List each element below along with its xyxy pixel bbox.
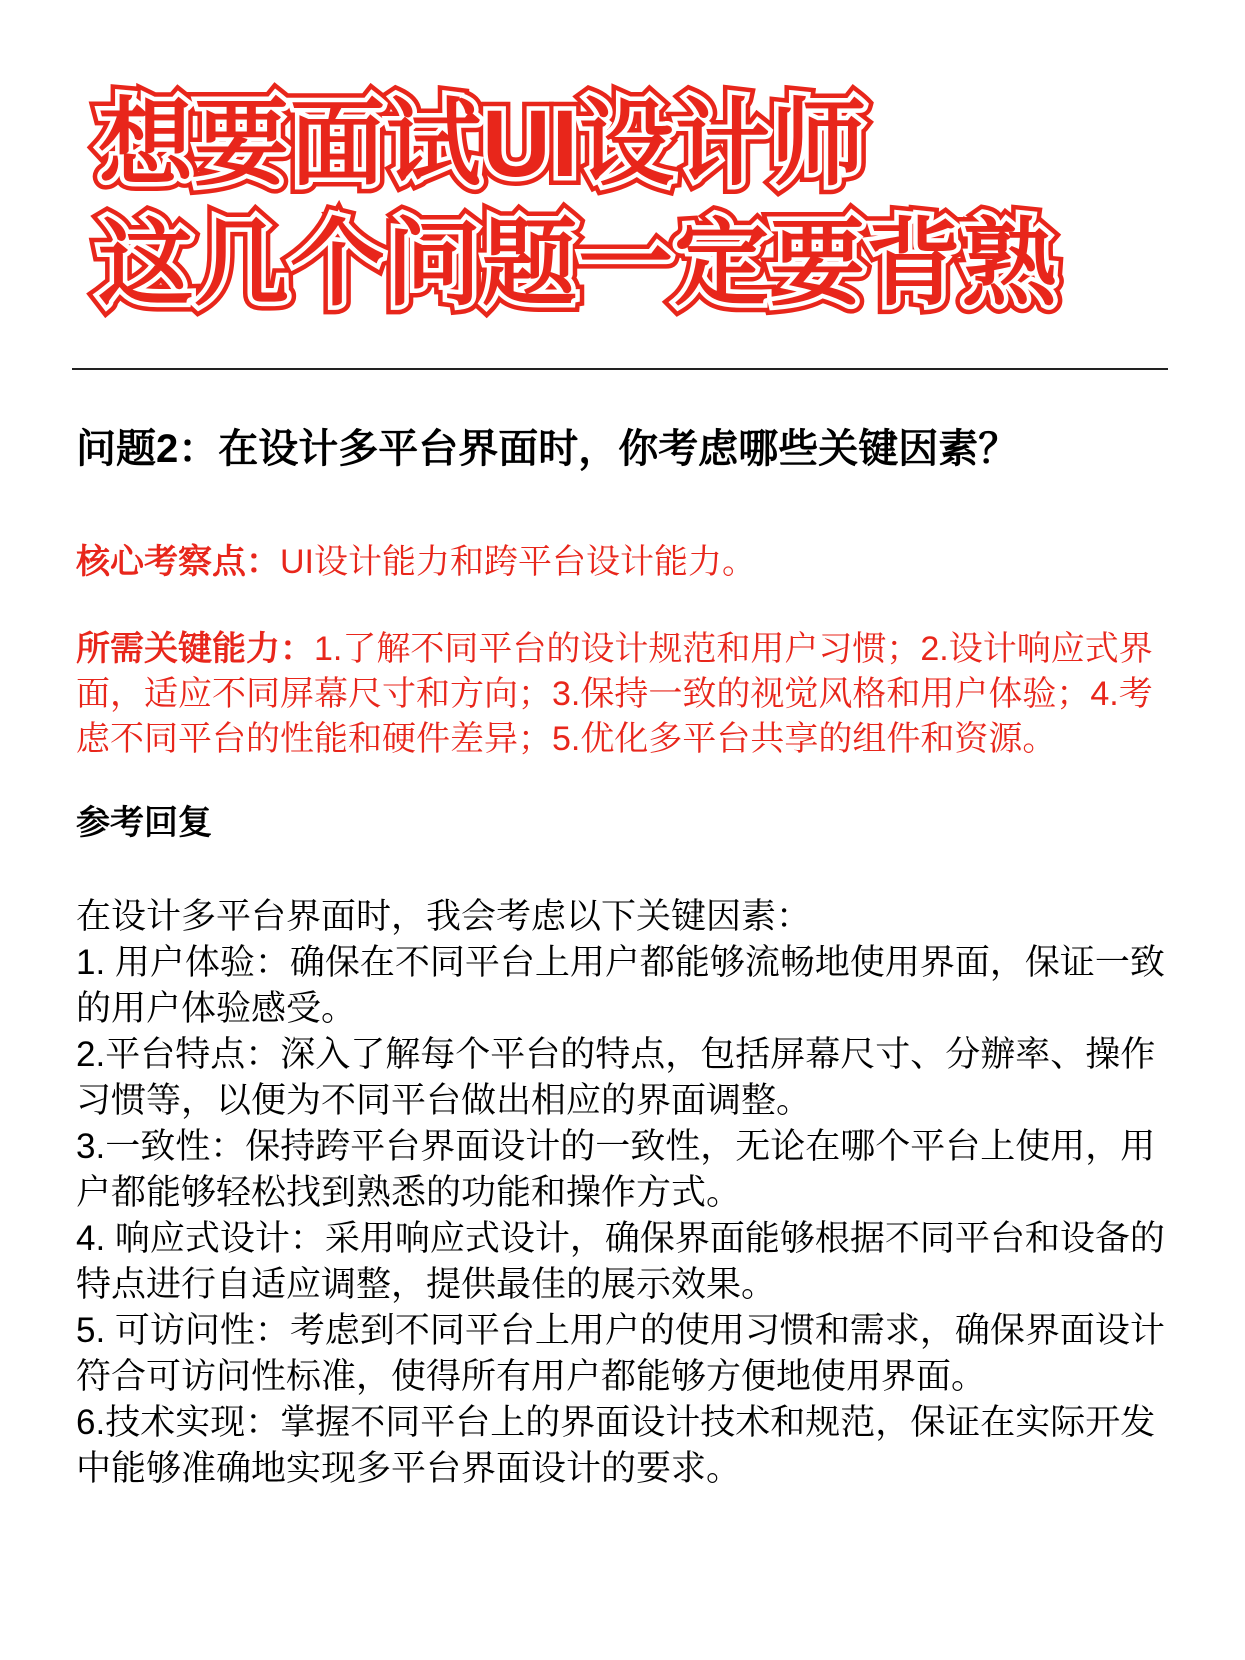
question-text: 在设计多平台界面时，你考虑哪些关键因素？ <box>218 427 1018 471</box>
core-point-text: UI设计能力和跨平台设计能力。 <box>280 543 756 581</box>
poster-title-line-2: 这几个问题一定要背熟 <box>98 204 1058 324</box>
reference-item-6: 6.技术实现：掌握不同平台上的界面设计技术和规范，保证在实际开发中能够准确地实现… <box>76 1400 1184 1492</box>
question-number-label: 问题2： <box>76 427 218 471</box>
key-abilities-label: 所需关键能力： <box>76 630 314 668</box>
reference-reply-heading: 参考回复 <box>76 802 1175 844</box>
core-point-label: 核心考察点： <box>76 543 280 581</box>
reference-item-2: 2.平台特点：深入了解每个平台的特点，包括屏幕尺寸、分辦率、操作习惯等，以便为不… <box>76 1032 1184 1124</box>
reference-item-1: 1. 用户体验：确保在不同平台上用户都能够流畅地使用界面，保证一致的用户体验感受… <box>76 940 1184 1032</box>
core-point-paragraph: 核心考察点：UI设计能力和跨平台设计能力。 <box>76 540 1176 585</box>
poster-title: 想要面试UI设计师 这几个问题一定要背熟 <box>0 0 1245 324</box>
reference-reply-body: 在设计多平台界面时，我会考虑以下关键因素： 1. 用户体验：确保在不同平台上用户… <box>76 894 1184 1492</box>
poster-page: 想要面试UI设计师 这几个问题一定要背熟 问题2：在设计多平台界面时，你考虑哪些… <box>0 0 1245 1660</box>
reference-item-3: 3.一致性：保持跨平台界面设计的一致性，无论在哪个平台上使用，用户都能够轻松找到… <box>76 1124 1184 1216</box>
reference-item-4: 4. 响应式设计：采用响应式设计，确保界面能够根据不同平台和设备的特点进行自适应… <box>76 1216 1184 1308</box>
key-abilities-paragraph: 所需关键能力：1.了解不同平台的设计规范和用户习惯；2.设计响应式界面，适应不同… <box>76 627 1176 762</box>
reference-item-5: 5. 可访问性：考虑到不同平台上用户的使用习惯和需求，确保界面设计符合可访问性标… <box>76 1308 1184 1400</box>
reference-intro: 在设计多平台界面时，我会考虑以下关键因素： <box>76 894 1184 940</box>
poster-title-line-1: 想要面试UI设计师 <box>98 84 867 204</box>
question-heading: 问题2：在设计多平台界面时，你考虑哪些关键因素？ <box>76 424 1175 474</box>
horizontal-divider <box>72 368 1168 370</box>
